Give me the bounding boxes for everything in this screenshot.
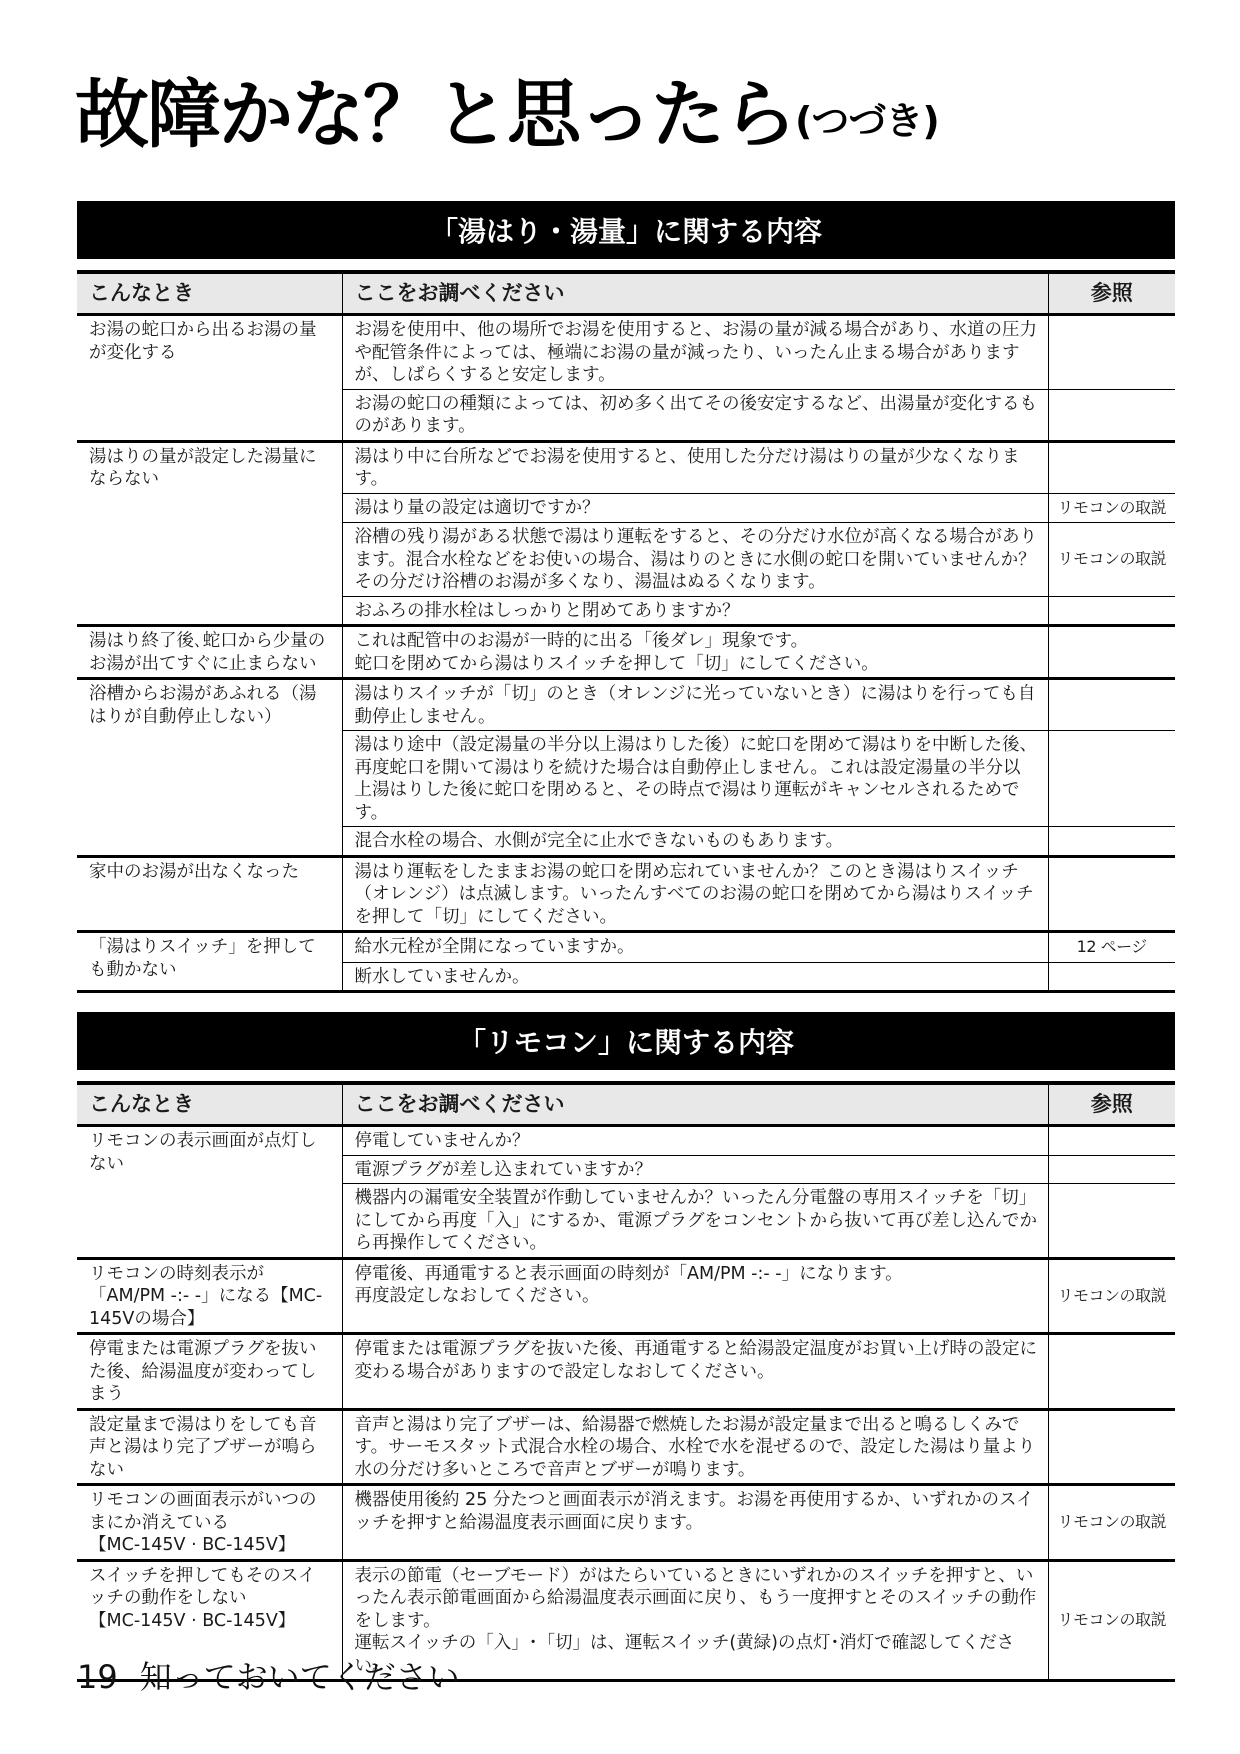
- symptom-cell: リモコンの時刻表示が「AM/PM -:- -」になる【MC-145Vの場合】: [77, 1258, 342, 1334]
- footer-section-label: 知っておいてください: [140, 1658, 460, 1696]
- reference-cell: リモコンの取説: [1048, 493, 1175, 523]
- check-cell: これは配管中のお湯が一時的に出る「後ダレ」現象です。蛇口を閉めてから湯はりスイッ…: [342, 626, 1048, 679]
- column-header-ref: 参照: [1048, 272, 1175, 315]
- reference-cell: 12 ページ: [1048, 932, 1175, 963]
- reference-cell: [1048, 731, 1175, 827]
- symptom-cell: 湯はり終了後､蛇口から少量のお湯が出てすぐに止まらない: [77, 626, 342, 679]
- page-title-suffix: (つづき): [795, 99, 939, 143]
- check-cell: 機器使用後約 25 分たつと画面表示が消えます。お湯を再使用するか、いずれかのス…: [342, 1485, 1048, 1561]
- check-cell: 湯はり中に台所などでお湯を使用すると、使用した分だけ湯はりの量が少なくなります。: [342, 441, 1048, 493]
- table-header-row: こんなとき ここをお調べください 参照: [77, 272, 1175, 315]
- column-header-ref: 参照: [1048, 1083, 1175, 1126]
- check-cell: 湯はり量の設定は適切ですか？: [342, 493, 1048, 523]
- table-row: 設定量まで湯はりをしても音声と湯はり完了ブザーが鳴らない音声と湯はり完了ブザーは…: [77, 1409, 1175, 1485]
- table-row: 停電または電源プラグを抜いた後、給湯温度が変わってしまう停電または電源プラグを抜…: [77, 1334, 1175, 1410]
- check-cell: 停電後、再通電すると表示画面の時刻が「AM/PM -:- -」になります。再度設…: [342, 1258, 1048, 1334]
- table-row: 浴槽からお湯があふれる（湯はりが自動停止しない）湯はりスイッチが「切」のとき（オ…: [77, 679, 1175, 731]
- check-cell: 混合水栓の場合、水側が完全に止水できないものもあります。: [342, 827, 1048, 857]
- page-footer: 19知っておいてください: [77, 1652, 460, 1698]
- troubleshooting-table-remote: こんなとき ここをお調べください 参照 リモコンの表示画面が点灯しない停電してい…: [77, 1081, 1175, 1682]
- table-row: リモコンの画面表示がいつのまにか消えている【MC-145V · BC-145V】…: [77, 1485, 1175, 1561]
- check-cell: 機器内の漏電安全装置が作動していませんか？いったん分電盤の専用スイッチを「切」に…: [342, 1184, 1048, 1259]
- table-row: 湯はり終了後､蛇口から少量のお湯が出てすぐに止まらないこれは配管中のお湯が一時的…: [77, 626, 1175, 679]
- section-heading-text: 「湯はり・湯量」に関する内容: [430, 210, 822, 250]
- symptom-cell: お湯の蛇口から出るお湯の量が変化する: [77, 315, 342, 442]
- check-cell: 湯はり途中（設定湯量の半分以上湯はりした後）に蛇口を閉めて湯はりを中断した後、再…: [342, 731, 1048, 827]
- column-header-when: こんなとき: [77, 1083, 342, 1126]
- check-cell: お湯を使用中、他の場所でお湯を使用すると、お湯の量が減る場合があり、水道の圧力や…: [342, 315, 1048, 390]
- reference-cell: [1048, 315, 1175, 390]
- symptom-cell: 「湯はりスイッチ」を押しても動かない: [77, 932, 342, 992]
- reference-cell: リモコンの取説: [1048, 1485, 1175, 1561]
- check-cell: 断水していませんか。: [342, 962, 1048, 992]
- page-number: 19: [77, 1658, 118, 1696]
- page-title-text: 故障かな？と思ったら: [75, 72, 795, 158]
- page-title: 故障かな？と思ったら(つづき): [75, 78, 939, 152]
- symptom-cell: 湯はりの量が設定した湯量にならない: [77, 441, 342, 626]
- reference-cell: [1048, 1184, 1175, 1259]
- check-cell: 電源プラグが差し込まれていますか？: [342, 1155, 1048, 1184]
- column-header-when: こんなとき: [77, 272, 342, 315]
- column-header-check: ここをお調べください: [342, 272, 1048, 315]
- table-row: 湯はりの量が設定した湯量にならない湯はり中に台所などでお湯を使用すると、使用した…: [77, 441, 1175, 493]
- reference-cell: [1048, 626, 1175, 679]
- section-heading-remote: 「リモコン」に関する内容: [77, 1012, 1175, 1070]
- reference-cell: [1048, 1334, 1175, 1410]
- check-cell: 湯はり運転をしたままお湯の蛇口を閉め忘れていませんか？このとき湯はりスイッチ（オ…: [342, 856, 1048, 932]
- reference-cell: [1048, 596, 1175, 626]
- reference-cell: [1048, 1409, 1175, 1485]
- troubleshooting-table-yuhari: こんなとき ここをお調べください 参照 お湯の蛇口から出るお湯の量が変化するお湯…: [77, 270, 1175, 993]
- reference-cell: [1048, 441, 1175, 493]
- reference-cell: [1048, 827, 1175, 857]
- check-cell: おふろの排水栓はしっかりと閉めてありますか？: [342, 596, 1048, 626]
- check-cell: 浴槽の残り湯がある状態で湯はり運転をすると、その分だけ水位が高くなる場合がありま…: [342, 523, 1048, 597]
- table-row: 家中のお湯が出なくなった湯はり運転をしたままお湯の蛇口を閉め忘れていませんか？こ…: [77, 856, 1175, 932]
- symptom-cell: リモコンの表示画面が点灯しない: [77, 1126, 342, 1259]
- symptom-cell: リモコンの画面表示がいつのまにか消えている【MC-145V · BC-145V】: [77, 1485, 342, 1561]
- reference-cell: [1048, 962, 1175, 992]
- check-cell: 音声と湯はり完了ブザーは、給湯器で燃焼したお湯が設定量まで出ると鳴るしくみです。…: [342, 1409, 1048, 1485]
- check-cell: お湯の蛇口の種類によっては、初め多く出てその後安定するなど、出湯量が変化するもの…: [342, 389, 1048, 441]
- section-heading-yuhari: 「湯はり・湯量」に関する内容: [77, 201, 1175, 259]
- symptom-cell: 浴槽からお湯があふれる（湯はりが自動停止しない）: [77, 679, 342, 857]
- reference-cell: [1048, 1155, 1175, 1184]
- check-cell: 給水元栓が全開になっていますか。: [342, 932, 1048, 963]
- table-row: お湯の蛇口から出るお湯の量が変化するお湯を使用中、他の場所でお湯を使用すると、お…: [77, 315, 1175, 390]
- check-cell: 停電または電源プラグを抜いた後、再通電すると給湯設定温度がお買い上げ時の設定に変…: [342, 1334, 1048, 1410]
- check-cell: 停電していませんか？: [342, 1126, 1048, 1156]
- check-cell: 湯はりスイッチが「切」のとき（オレンジに光っていないとき）に湯はりを行っても自動…: [342, 679, 1048, 731]
- reference-cell: [1048, 389, 1175, 441]
- reference-cell: [1048, 679, 1175, 731]
- reference-cell: [1048, 856, 1175, 932]
- table-row: リモコンの時刻表示が「AM/PM -:- -」になる【MC-145Vの場合】停電…: [77, 1258, 1175, 1334]
- table-row: 「湯はりスイッチ」を押しても動かない給水元栓が全開になっていますか。12 ページ: [77, 932, 1175, 963]
- reference-cell: リモコンの取説: [1048, 1560, 1175, 1681]
- symptom-cell: 設定量まで湯はりをしても音声と湯はり完了ブザーが鳴らない: [77, 1409, 342, 1485]
- reference-cell: リモコンの取説: [1048, 523, 1175, 597]
- section-heading-text: 「リモコン」に関する内容: [458, 1021, 794, 1061]
- reference-cell: リモコンの取説: [1048, 1258, 1175, 1334]
- symptom-cell: 停電または電源プラグを抜いた後、給湯温度が変わってしまう: [77, 1334, 342, 1410]
- symptom-cell: 家中のお湯が出なくなった: [77, 856, 342, 932]
- table-header-row: こんなとき ここをお調べください 参照: [77, 1083, 1175, 1126]
- column-header-check: ここをお調べください: [342, 1083, 1048, 1126]
- reference-cell: [1048, 1126, 1175, 1156]
- table-row: リモコンの表示画面が点灯しない停電していませんか？: [77, 1126, 1175, 1156]
